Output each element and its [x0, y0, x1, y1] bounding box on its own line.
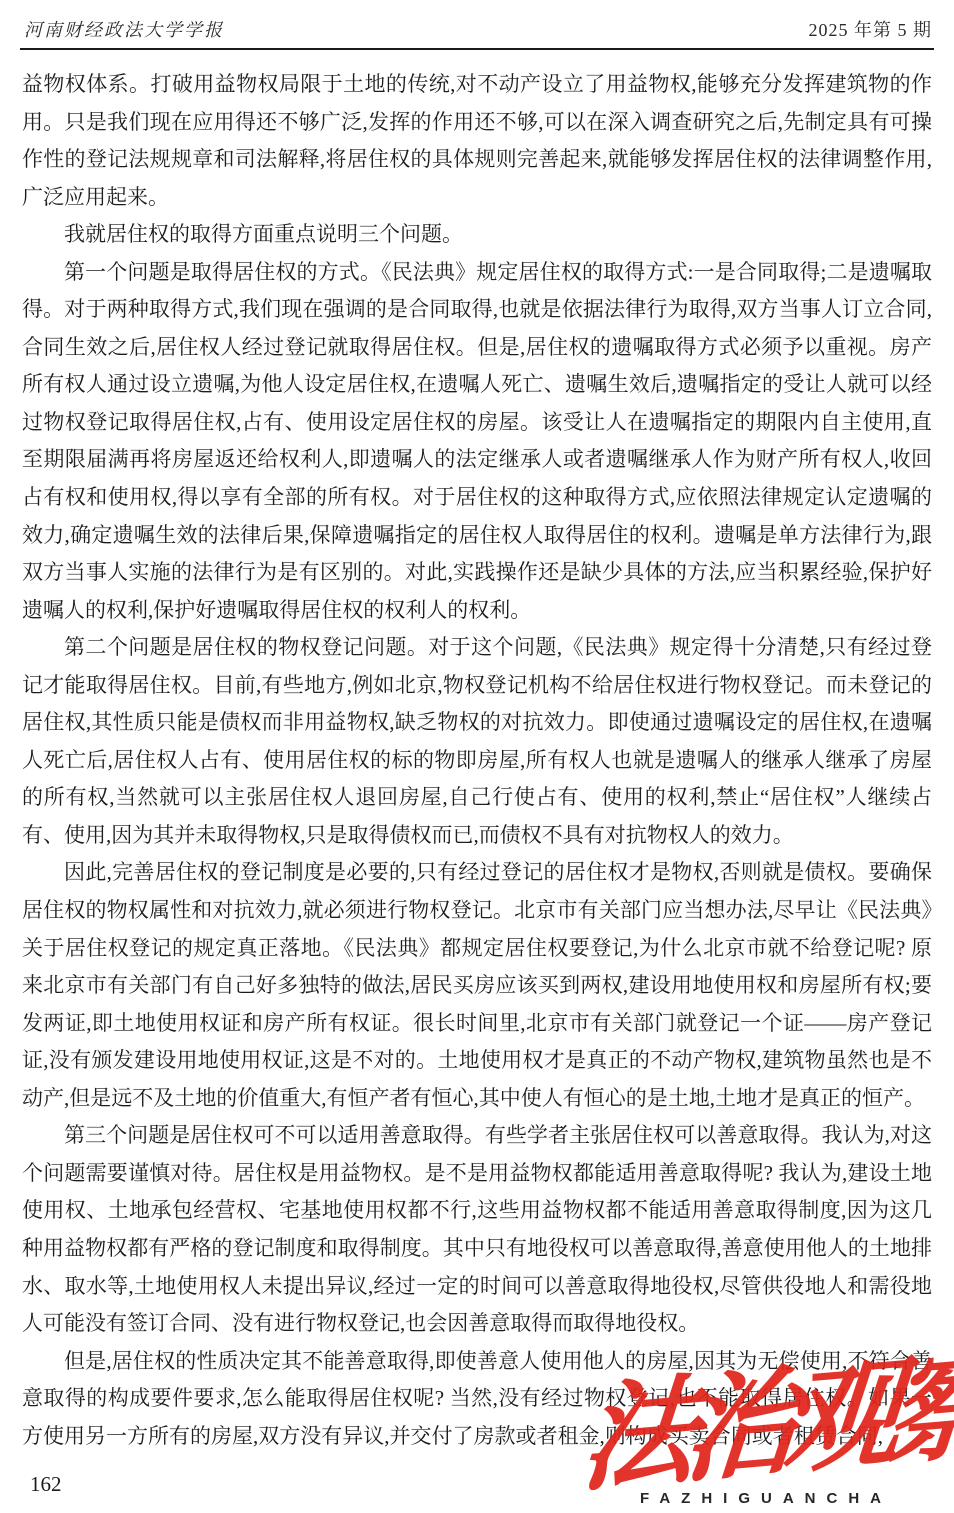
- journal-page: 河南财经政法大学学报 2025 年第 5 期 益物权体系。打破用益物权局限于土地…: [0, 0, 954, 1513]
- journal-title: 河南财经政法大学学报: [24, 16, 224, 42]
- issue-info: 2025 年第 5 期: [809, 16, 933, 42]
- article-body: 益物权体系。打破用益物权局限于土地的传统,对不动产设立了用益物权,能够充分发挥建…: [22, 66, 932, 1455]
- page-number: 162: [30, 1472, 62, 1497]
- paragraph-conclusion: 但是,居住权的性质决定其不能善意取得,即使善意人使用他人的房屋,因其为无偿使用,…: [22, 1343, 932, 1456]
- paragraph-second-issue: 第二个问题是居住权的物权登记问题。对于这个问题,《民法典》规定得十分清楚,只有经…: [22, 629, 932, 854]
- running-head: 河南财经政法大学学报 2025 年第 5 期: [0, 0, 954, 48]
- paragraph-continuation: 益物权体系。打破用益物权局限于土地的传统,对不动产设立了用益物权,能够充分发挥建…: [22, 66, 932, 216]
- paragraph-third-issue: 第三个问题是居住权可不可以适用善意取得。有些学者主张居住权可以善意取得。我认为,…: [22, 1117, 932, 1342]
- watermark-latin-text: FAZHIGUANCHA: [580, 1490, 952, 1507]
- header-rule: [20, 48, 934, 50]
- paragraph-registration: 因此,完善居住权的登记制度是必要的,只有经过登记的居住权才是物权,否则就是债权。…: [22, 854, 932, 1117]
- paragraph-intro: 我就居住权的取得方面重点说明三个问题。: [22, 216, 932, 254]
- paragraph-first-issue: 第一个问题是取得居住权的方式。《民法典》规定居住权的取得方式:一是合同取得;二是…: [22, 254, 932, 629]
